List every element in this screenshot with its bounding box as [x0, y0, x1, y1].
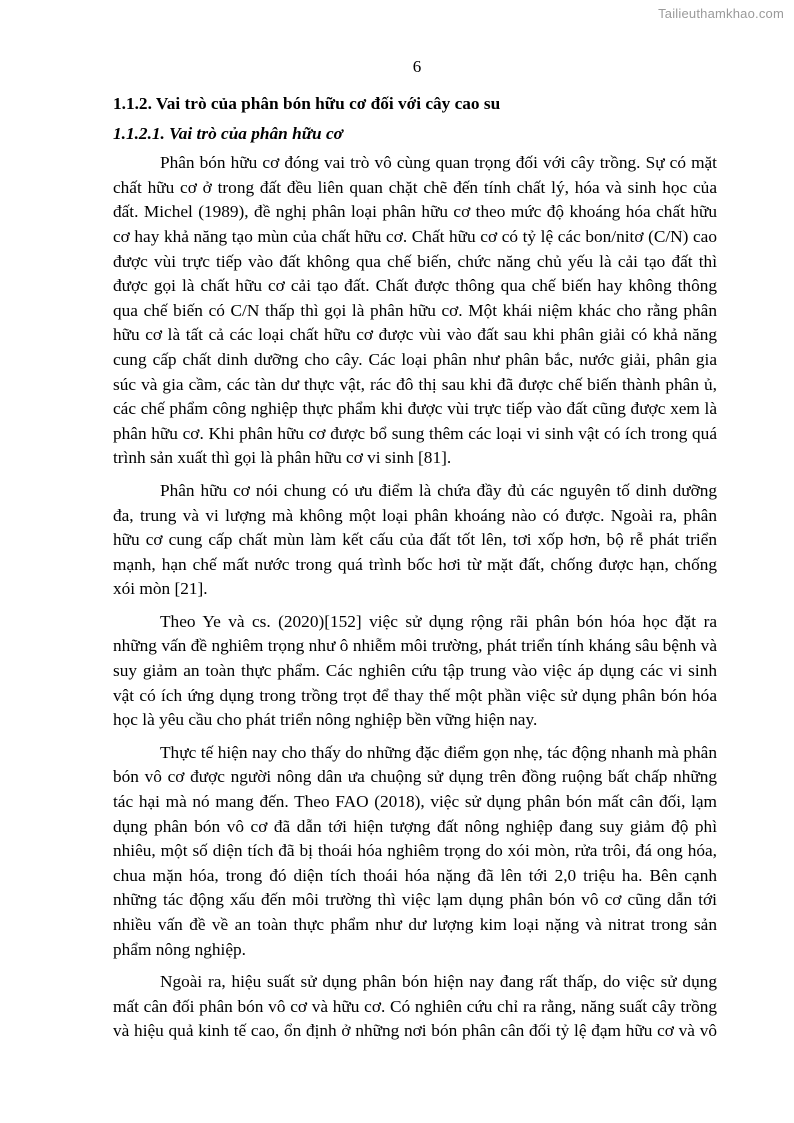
paragraph-line: mất cân đối phân bón vô cơ và hữu cơ. Có…	[113, 995, 717, 1020]
paragraph-line: nhiêu, một số diện tích đã bị thoái hóa …	[113, 839, 717, 864]
paragraph-line: các chế phẩm công nghiệp thực phẩm khi đ…	[113, 397, 717, 422]
paragraph-line: súc và gia cầm, các tàn dư thực vật, rác…	[113, 373, 717, 398]
section-heading: 1.1.2. Vai trò của phân bón hữu cơ đối v…	[113, 92, 717, 117]
paragraph: Ngoài ra, hiệu suất sử dụng phân bón hiệ…	[113, 970, 717, 1044]
paragraph-line: suy giảm an toàn thực phẩm. Các nghiên c…	[113, 659, 717, 684]
paragraph-line: nhiều vấn đề về an toàn thực phẩm như dư…	[113, 913, 717, 938]
paragraph-line: và hiệu quả kinh tế cao, ổn định ở những…	[113, 1019, 717, 1044]
paragraph-line: mạnh, hạn chế mất nước trong quá trình b…	[113, 553, 717, 578]
paragraph-line: những tác động xấu đến môi trường thì vi…	[113, 888, 717, 913]
paragraph-line: Thực tế hiện nay cho thấy do những đặc đ…	[113, 741, 717, 766]
paragraph: Phân hữu cơ nói chung có ưu điểm là chứa…	[113, 479, 717, 602]
paragraph: Phân bón hữu cơ đóng vai trò vô cùng qua…	[113, 151, 717, 471]
paragraph-line: qua chế biến có C/N thấp thì gọi là phân…	[113, 299, 717, 324]
subsection-heading: 1.1.2.1. Vai trò của phân hữu cơ	[113, 122, 717, 147]
document-body: 1.1.2. Vai trò của phân bón hữu cơ đối v…	[113, 92, 717, 1052]
paragraph: Theo Ye và cs. (2020)[152] việc sử dụng …	[113, 610, 717, 733]
paragraph-line: những vấn đề nghiêm trọng như ô nhiễm mô…	[113, 634, 717, 659]
paragraph-line: trình sản xuất thì gọi là phân hữu cơ vi…	[113, 446, 717, 471]
paragraph-line: Phân bón hữu cơ đóng vai trò vô cùng qua…	[113, 151, 717, 176]
paragraph-line: bón vô cơ được người nông dân ưa chuộng …	[113, 765, 717, 790]
paragraph-line: được vùi trực tiếp vào đất không qua chế…	[113, 250, 717, 275]
paragraph-line: được gọi là chất hữu cơ cải tạo đất. Chấ…	[113, 274, 717, 299]
paragraph-line: đất. Michel (1989), đề nghị phân loại ph…	[113, 200, 717, 225]
paragraph-line: chất hữu cơ ở trong đất đều liên quan ch…	[113, 176, 717, 201]
paragraph-line: phân hữu cơ. Khi phân hữu cơ được bổ sun…	[113, 422, 717, 447]
paragraph-line: dụng phân bón vô cơ đã dẫn tới hiện tượn…	[113, 815, 717, 840]
paragraph-line: hữu cơ là tất cả các loại chất hữu cơ đư…	[113, 323, 717, 348]
watermark: Tailieuthamkhao.com	[658, 6, 784, 21]
paragraph-line: cung cấp chất dinh dưỡng cho cây. Các lo…	[113, 348, 717, 373]
paragraph-line: đa, trung và vi lượng mà không một loại …	[113, 504, 717, 529]
paragraph-line: hữu cơ cung cấp chất mùn làm kết cấu của…	[113, 528, 717, 553]
paragraph-line: Theo Ye và cs. (2020)[152] việc sử dụng …	[113, 610, 717, 635]
paragraph-line: xói mòn [21].	[113, 577, 717, 602]
paragraph-line: cơ hay khả năng tạo mùn của chất hữu cơ.…	[113, 225, 717, 250]
paragraph-line: tác hại mà nó mang đến. Theo FAO (2018),…	[113, 790, 717, 815]
paragraph: Thực tế hiện nay cho thấy do những đặc đ…	[113, 741, 717, 962]
paragraph-line: Phân hữu cơ nói chung có ưu điểm là chứa…	[113, 479, 717, 504]
paragraph-line: phẩm nông nghiệp.	[113, 938, 717, 963]
paragraph-line: Ngoài ra, hiệu suất sử dụng phân bón hiệ…	[113, 970, 717, 995]
paragraph-line: chua mặn hóa, trong đó diện tích thoái h…	[113, 864, 717, 889]
paragraph-line: học là yêu cầu cho phát triển nông nghiệ…	[113, 708, 717, 733]
paragraph-line: vật có ích ứng dụng trong trồng trọt để …	[113, 684, 717, 709]
page-number: 6	[0, 57, 794, 77]
